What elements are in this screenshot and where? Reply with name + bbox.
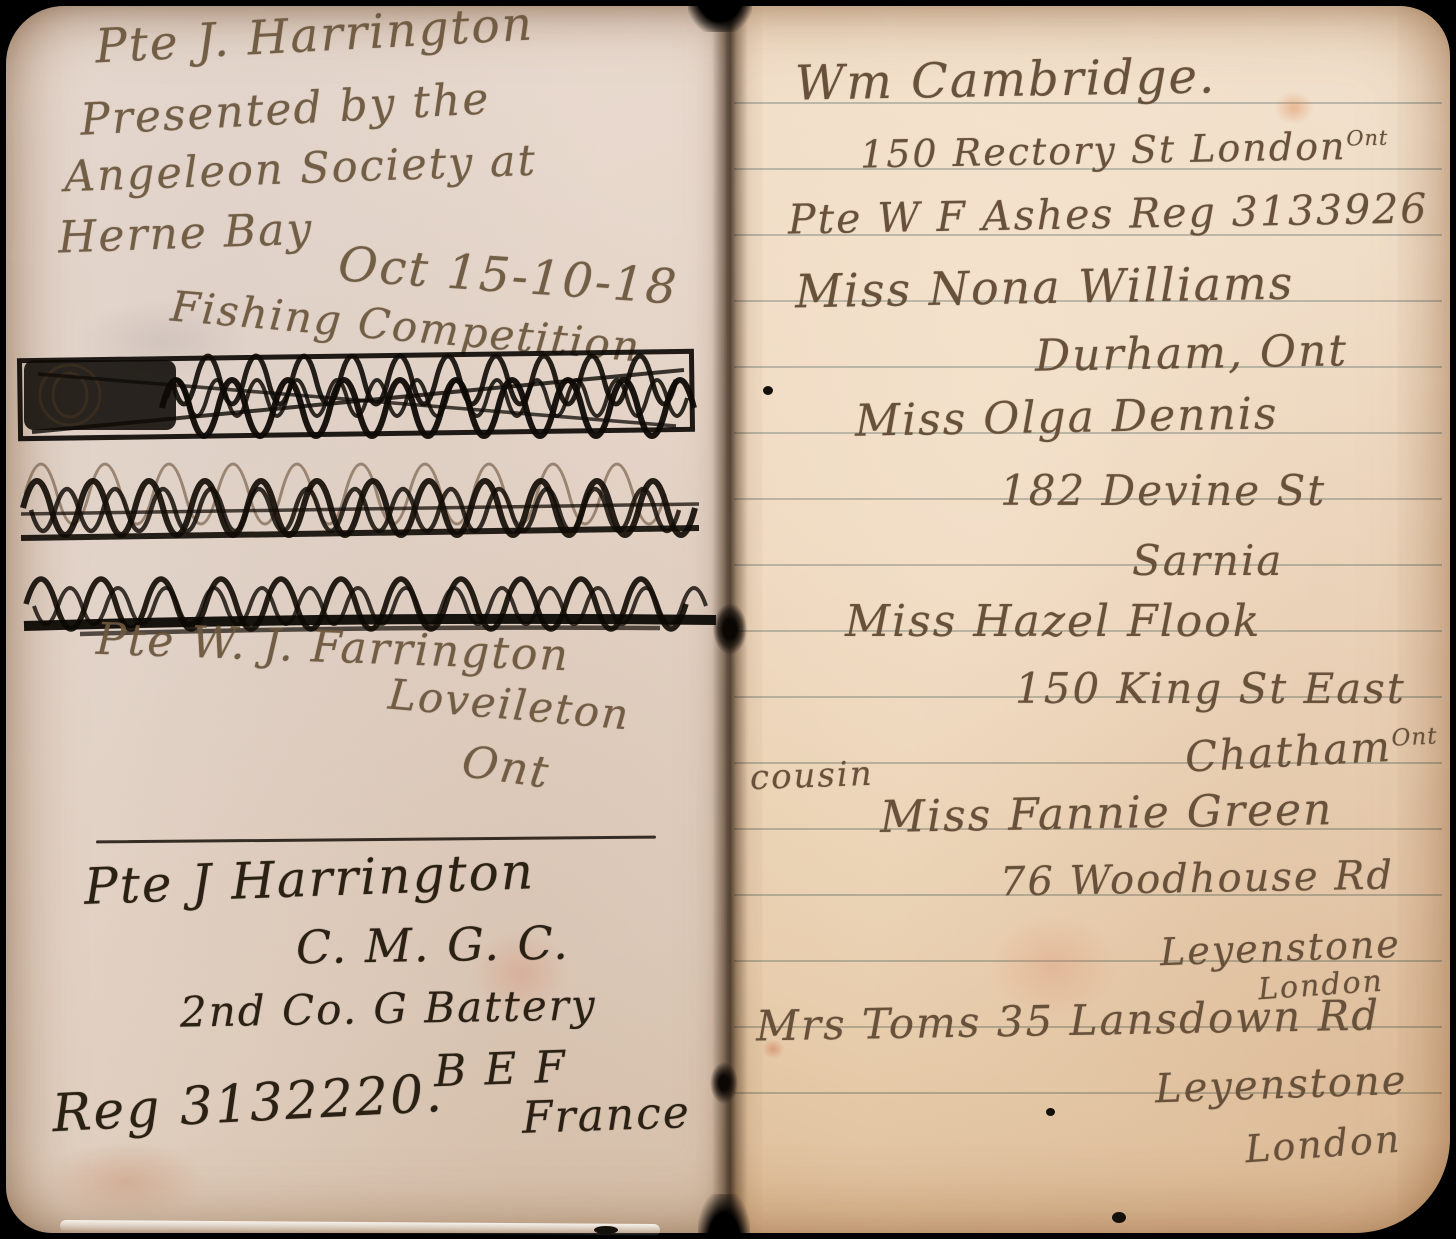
handwritten-line: B E F xyxy=(433,1042,568,1098)
scribbled-out-text xyxy=(12,344,706,446)
handwritten-line: Sarnia xyxy=(1132,536,1283,585)
handwritten-line: Miss Fannie Green xyxy=(880,784,1334,843)
handwritten-line: 150 Rectory St LondonOnt xyxy=(860,123,1389,176)
handwritten-line: 182 Devine St xyxy=(1000,466,1326,515)
notebook-scan: Pte J. Harrington Presented by the Angel… xyxy=(0,0,1456,1239)
handwritten-line: Miss Olga Dennis xyxy=(855,388,1279,446)
handwritten-line: France xyxy=(521,1087,692,1144)
handwritten-line: C. M. G. C. xyxy=(296,916,571,975)
handwritten-line: Miss Hazel Flook xyxy=(845,596,1261,647)
handwritten-line: 150 King St East xyxy=(1015,664,1406,713)
stitch-hole xyxy=(706,1056,742,1110)
spine-notch xyxy=(688,0,752,32)
handwritten-line: Durham, Ont xyxy=(1035,325,1349,381)
stain xyxy=(1268,86,1320,130)
handwritten-line: Herne Bay xyxy=(57,204,314,264)
handwritten-line: Miss Nona Williams xyxy=(795,256,1295,319)
handwritten-line: Leyenstone xyxy=(1154,1058,1408,1113)
scribbled-out-text xyxy=(15,438,707,552)
address-text: 150 Rectory St London xyxy=(860,124,1347,176)
province-abbrev: Ont xyxy=(1346,126,1388,151)
handwritten-line: 2nd Co. G Battery xyxy=(180,980,597,1036)
province-abbrev: Ont xyxy=(1391,723,1438,751)
handwritten-line: 76 Woodhouse Rd xyxy=(1000,853,1395,906)
handwritten-line: Wm Cambridge. xyxy=(795,48,1217,111)
spine-notch xyxy=(698,1194,750,1239)
margin-note: cousin xyxy=(749,754,874,798)
